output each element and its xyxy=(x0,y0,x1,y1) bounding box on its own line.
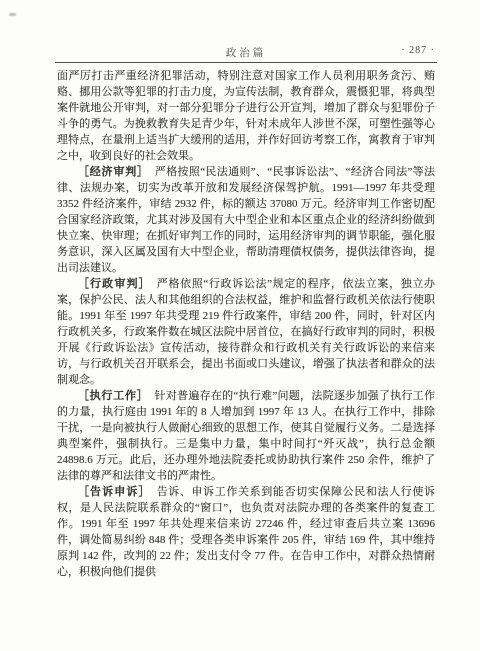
header-rule xyxy=(55,62,437,63)
paragraph-text: 严格按照“民法通则”、“民事诉讼法”、“经济合同法”等法律、法规办案，切实为改革… xyxy=(57,166,435,274)
paragraph: ［告诉申诉］告诉、申诉工作关系到能否切实保障公民和法人行使诉权，是人民法院联系群… xyxy=(57,484,435,580)
section-label: ［经济审判］ xyxy=(78,166,149,178)
paragraph-text: 严格依照“行政诉讼法”规定的程序，依法立案，独立办案，保护公民、法人和其他组织的… xyxy=(57,278,435,386)
paragraph-text: 针对普遍存在的“执行难”问题，法院逐步加强了执行工作的力量，执行庭由 1991 … xyxy=(57,390,435,482)
section-label: ［执行工作］ xyxy=(78,390,149,402)
scan-smudge-artifact xyxy=(9,13,16,16)
section-label: ［告诉申诉］ xyxy=(78,486,151,498)
page-number: · 287 · xyxy=(401,45,435,56)
section-label: ［行政审判］ xyxy=(78,278,151,290)
paragraph-text: 面严厉打击严重经济犯罪活动，特别注意对国家工作人员利用职务贪污、贿赂、挪用公款等… xyxy=(57,70,435,162)
paragraph: 面严厉打击严重经济犯罪活动，特别注意对国家工作人员利用职务贪污、贿赂、挪用公款等… xyxy=(57,68,435,164)
scanned-book-page: 政治篇 · 287 · 面严厉打击严重经济犯罪活动，特别注意对国家工作人员利用职… xyxy=(0,0,480,651)
page-header: 政治篇 · 287 · xyxy=(57,45,435,59)
body-text: 面严厉打击严重经济犯罪活动，特别注意对国家工作人员利用职务贪污、贿赂、挪用公款等… xyxy=(57,68,435,580)
paragraph-text: 告诉、申诉工作关系到能否切实保障公民和法人行使诉权，是人民法院联系群众的“窗口”… xyxy=(57,486,435,578)
section-title: 政治篇 xyxy=(57,45,435,60)
paragraph: ［执行工作］针对普遍存在的“执行难”问题，法院逐步加强了执行工作的力量，执行庭由… xyxy=(57,388,435,484)
paragraph: ［经济审判］严格按照“民法通则”、“民事诉讼法”、“经济合同法”等法律、法规办案… xyxy=(57,164,435,276)
paragraph: ［行政审判］严格依照“行政诉讼法”规定的程序，依法立案，独立办案，保护公民、法人… xyxy=(57,276,435,388)
